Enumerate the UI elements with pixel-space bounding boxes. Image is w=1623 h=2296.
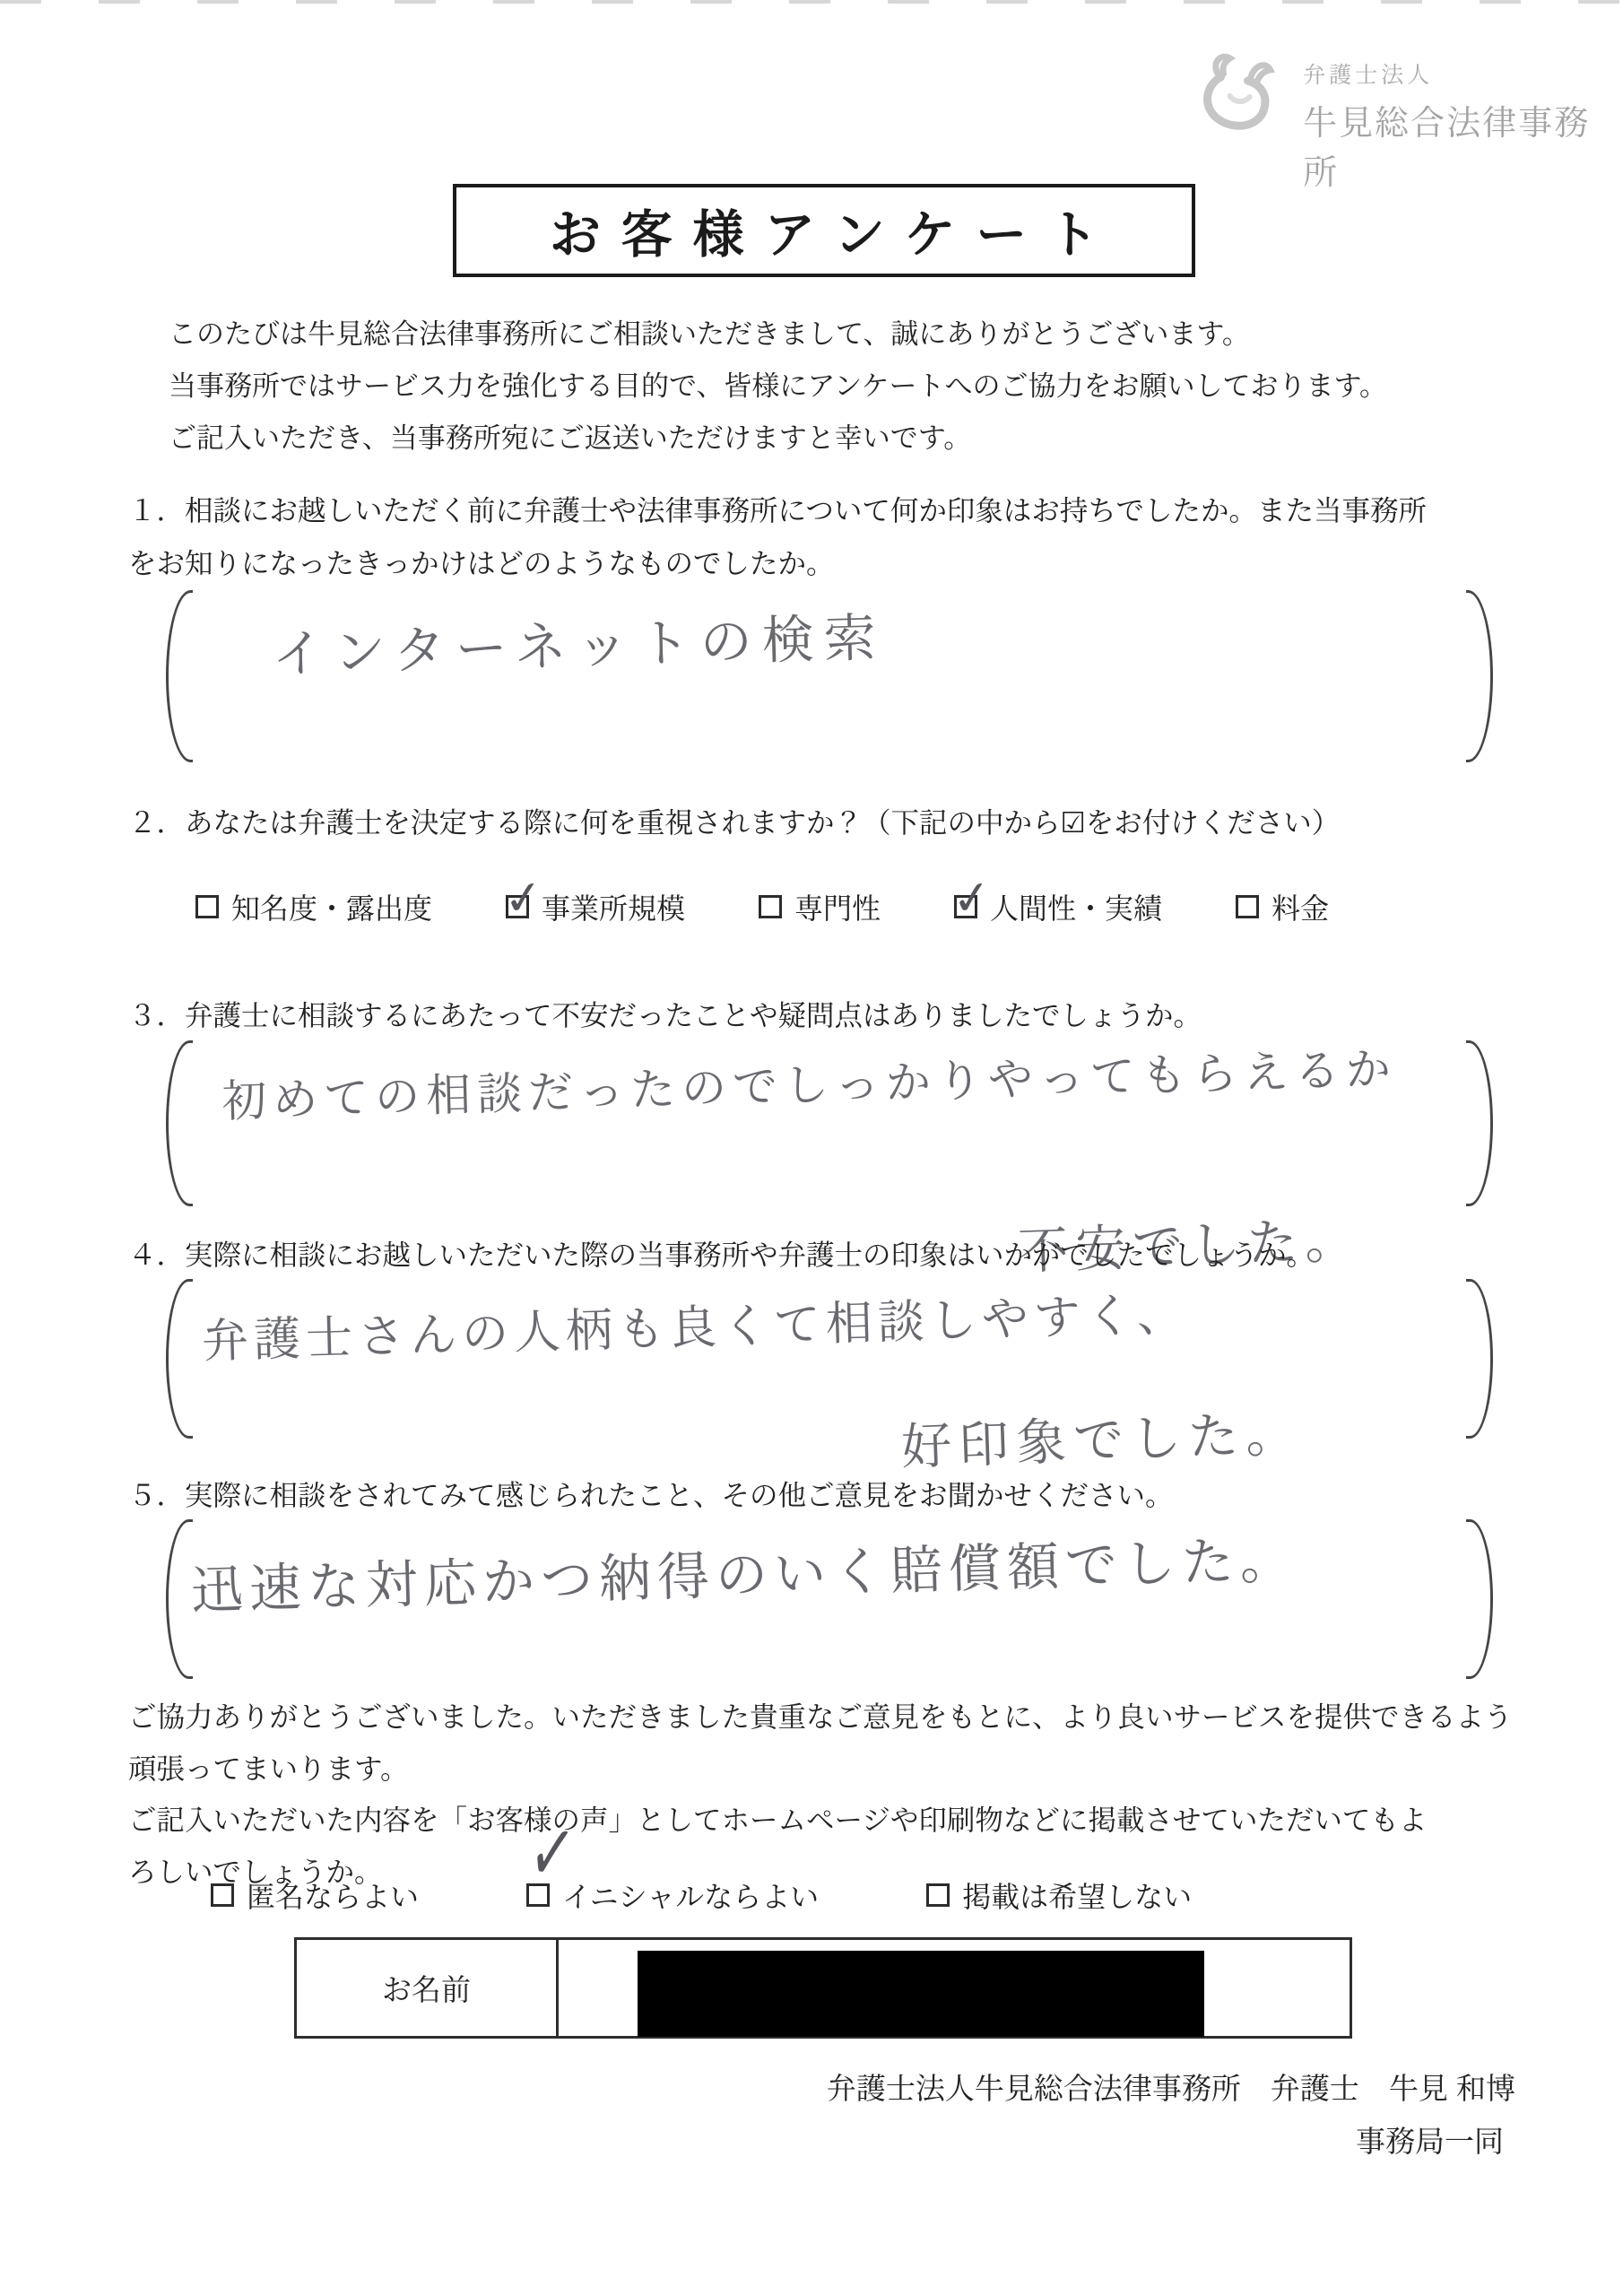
closing-line-1: ご協力ありがとうございました。いただきました貴重なご意見をもとに、より良いサービ… <box>128 1692 1513 1744</box>
answer-4-handwriting-line-2: 好印象でした。 <box>900 1394 1305 1480</box>
intro-line-2: 当事務所ではサービス力を強化する目的で、皆様にアンケートへのご協力をお願いしてお… <box>169 361 1387 413</box>
intro-line-1: このたびは牛見総合法律事務所にご相談いただきまして、誠にありがとうございます。 <box>169 309 1387 361</box>
option-anonymous: ✓ 匿名ならよい <box>211 1874 419 1916</box>
publish-consent-options: ✓ 匿名ならよい ✓ イニシャルならよい ✓ 掲載は希望しない <box>211 1874 1192 1916</box>
question-2-options: ✓ 知名度・露出度 ✓ 事業所規模 ✓ 専門性 ✓ 人間性・実績 ✓ 料金 <box>195 886 1329 927</box>
handwritten-check-icon: ✓ <box>501 874 545 924</box>
scanned-survey-page: 弁護士法人 牛見総合法律事務所 お客様アンケート このたびは牛見総合法律事務所に… <box>0 0 1623 2296</box>
closing-line-2: 頑張ってまいります。 <box>128 1744 1513 1796</box>
bull-head-logo-icon <box>1193 47 1285 136</box>
checkbox-initials: ✓ <box>526 1883 550 1907</box>
answer-5-left-bracket <box>166 1519 193 1679</box>
checkbox-specialty: ✓ <box>759 895 782 918</box>
answer-5-handwriting: 迅速な対応かつ納得のいく賠償額でした。 <box>190 1531 1298 1622</box>
handwritten-check-icon: ✓ <box>950 874 994 924</box>
checkbox-anonymous: ✓ <box>211 1883 234 1907</box>
law-firm-logo: 弁護士法人 牛見総合法律事務所 <box>1193 47 1623 194</box>
intro-line-3: ご記入いただき、当事務所宛にご返送いただけますと幸いです。 <box>169 413 1387 465</box>
signature-staff: 事務局一同 <box>1356 2118 1504 2161</box>
option-firm-size-label: 事業所規模 <box>542 886 685 927</box>
name-field-value-cell <box>559 1940 1350 2036</box>
option-fee-label: 料金 <box>1271 886 1329 927</box>
checkbox-fame: ✓ <box>195 895 219 918</box>
option-fame-label: 知名度・露出度 <box>231 886 432 927</box>
answer-1-left-bracket <box>166 590 193 762</box>
option-specialty-label: 専門性 <box>794 886 881 927</box>
checkbox-no-publish: ✓ <box>926 1883 950 1907</box>
option-fee: ✓ 料金 <box>1236 886 1329 927</box>
closing-line-3: ご記入いただいた内容を「お客様の声」としてホームページや印刷物などに掲載させてい… <box>128 1795 1513 1847</box>
option-initials-label: イニシャルならよい <box>562 1874 819 1916</box>
answer-1-box: インターネットの検索 <box>166 590 1493 762</box>
answer-5-box: 迅速な対応かつ納得のいく賠償額でした。 <box>166 1519 1493 1679</box>
option-firm-size: ✓ 事業所規模 <box>506 886 685 927</box>
answer-1-right-bracket <box>1466 590 1493 762</box>
logo-org-name: 牛見総合法律事務所 <box>1303 95 1623 194</box>
option-anonymous-label: 匿名ならよい <box>247 1874 419 1916</box>
option-specialty: ✓ 専門性 <box>759 886 881 927</box>
option-personality-label: 人間性・実績 <box>990 886 1162 927</box>
intro-paragraph: このたびは牛見総合法律事務所にご相談いただきまして、誠にありがとうございます。 … <box>169 309 1387 465</box>
answer-4-right-bracket <box>1466 1279 1493 1439</box>
answer-4-left-bracket <box>166 1279 193 1439</box>
question-1-line-2: をお知りになったきっかけはどのようなものでしたか。 <box>128 537 1427 590</box>
closing-paragraph: ご協力ありがとうございました。いただきました貴重なご意見をもとに、より良いサービ… <box>128 1692 1513 1898</box>
answer-3-box: 初めての相談だったのでしっかりやってもらえるか <box>166 1040 1493 1206</box>
answer-3-handwriting-line-1: 初めての相談だったのでしっかりやってもらえるか <box>221 1044 1397 1128</box>
survey-title-box: お客様アンケート <box>453 184 1195 277</box>
option-no-publish-label: 掲載は希望しない <box>962 1874 1192 1916</box>
answer-5-right-bracket <box>1466 1519 1493 1679</box>
question-1-label: １．相談にお越しいただく前に弁護士や法律事務所について何か印象はお持ちでしたか。… <box>128 484 1427 590</box>
question-4-label: ４．実際に相談にお越しいただいた際の当事務所や弁護士の印象はいかがでしたでしょう… <box>128 1229 1315 1282</box>
survey-title: お客様アンケート <box>529 194 1119 267</box>
answer-4-handwriting-line-1: 弁護士さんの人柄も良くて相談しやすく、 <box>201 1289 1189 1370</box>
name-field-table: お名前 <box>294 1937 1352 2039</box>
answer-3-right-bracket <box>1466 1040 1493 1206</box>
option-personality: ✓ 人間性・実績 <box>954 886 1162 927</box>
checkbox-firm-size: ✓ <box>506 895 529 918</box>
logo-text: 弁護士法人 牛見総合法律事務所 <box>1303 47 1623 194</box>
question-3-label: ３．弁護士に相談するにあたって不安だったことや疑問点はありましたでしょうか。 <box>128 989 1202 1042</box>
question-2-label: ２．あなたは弁護士を決定する際に何を重視されますか？（下記の中から☑をお付けくだ… <box>128 796 1340 849</box>
signature-firm-and-lawyer: 弁護士法人牛見総合法律事務所 弁護士 牛見 和博 <box>827 2066 1515 2108</box>
checkbox-fee: ✓ <box>1236 895 1259 918</box>
logo-org-type: 弁護士法人 <box>1303 57 1623 90</box>
answer-3-left-bracket <box>166 1040 193 1206</box>
scan-artifact-top-edge <box>0 0 1623 4</box>
answer-1-handwriting: インターネットの検索 <box>271 608 886 685</box>
option-no-publish: ✓ 掲載は希望しない <box>926 1874 1192 1916</box>
option-initials: ✓ イニシャルならよい <box>526 1874 819 1916</box>
redaction-black-box <box>638 1951 1204 2037</box>
question-5-label: ５．実際に相談をされてみて感じられたこと、その他ご意見をお聞かせください。 <box>128 1469 1174 1522</box>
option-fame: ✓ 知名度・露出度 <box>195 886 432 927</box>
checkbox-personality: ✓ <box>954 895 977 918</box>
name-field-label: お名前 <box>297 1940 559 2036</box>
question-1-line-1: １．相談にお越しいただく前に弁護士や法律事務所について何か印象はお持ちでしたか。… <box>128 484 1427 537</box>
